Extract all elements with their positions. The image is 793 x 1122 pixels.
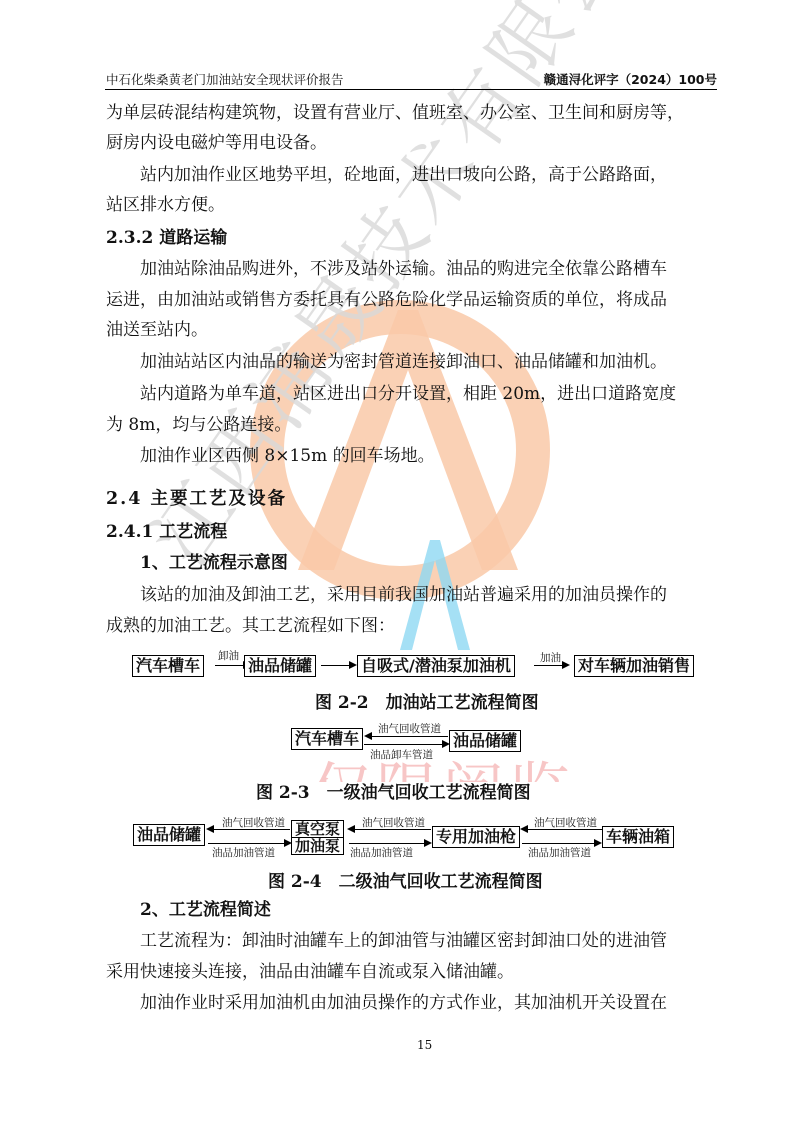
- arrow-label-unload: 卸油: [218, 648, 239, 663]
- section-heading-2-3-2: 2.3.2 道路运输: [106, 228, 227, 248]
- flow-arrow-line: [215, 665, 245, 666]
- document-page: 江西浦晟技术有限公司 仅限阅览 中石化柴桑黄老门加油站安全现状评价报告 赣通浔化…: [0, 0, 793, 1122]
- paragraph-line: 该站的加油及卸油工艺，采用目前我国加油站普遍采用的加油员操作的: [140, 585, 667, 605]
- fuel-line: [349, 843, 425, 844]
- paragraph-line: 加油站站区内油品的输送为密封管道连接卸油口、油品储罐和加油机。: [140, 352, 667, 372]
- header-document-number: 赣通浔化评字（2024）100号: [544, 70, 717, 88]
- figure-caption: 图 2-2 加油站工艺流程简图: [315, 688, 539, 713]
- pipe-label-vapor-recovery: 油气回收管道: [378, 721, 441, 736]
- paragraph-line: 为 8m，均与公路连接。: [106, 415, 291, 435]
- flow-box-vehicle-tank: 车辆油箱: [602, 826, 674, 848]
- pipe-label-vapor-recovery: 油气回收管道: [222, 815, 285, 830]
- arrow-left-icon: [364, 732, 372, 740]
- pipe-label-fuel: 油品加油管道: [350, 845, 413, 860]
- flow-box-storage-tank: 油品储罐: [133, 824, 205, 846]
- unload-line: [364, 744, 442, 745]
- flow-box-tanker: 汽车槽车: [291, 728, 363, 750]
- paragraph-line: 站内加油作业区地势平坦，砼地面，进出口坡向公路，高于公路路面，: [140, 165, 667, 185]
- paragraph-line: 加油作业时采用加油机由加油员操作的方式作业，其加油机开关设置在: [140, 993, 667, 1013]
- flow-arrow-line: [321, 665, 349, 666]
- subheading-flow-description: 2、工艺流程简述: [140, 900, 271, 920]
- paragraph-line: 成熟的加油工艺。其工艺流程如下图：: [106, 616, 395, 636]
- paragraph-line: 站内道路为单车道，站区进出口分开设置，相距 20m，进出口道路宽度: [140, 384, 676, 404]
- pipe-label-fuel: 油品加油管道: [212, 845, 275, 860]
- paragraph-line: 站区排水方便。: [106, 195, 225, 215]
- flow-box-dispenser: 自吸式/潜油泵加油机: [357, 655, 515, 677]
- paragraph-line: 采用快速接头连接，油品由油罐车自流或泵入储油罐。: [106, 962, 514, 982]
- vapor-line: [370, 736, 448, 737]
- flow-box-nozzle: 专用加油枪: [432, 826, 520, 848]
- flow-box-vacuum-pump: 真空泵: [291, 820, 344, 838]
- flow-box-storage-tank: 油品储罐: [244, 655, 316, 677]
- section-heading-2-4: 2.4 主要工艺及设备: [106, 489, 287, 509]
- paragraph-line: 加油作业区西侧 8×15m 的回车场地。: [140, 446, 435, 466]
- figure-caption: 图 2-3 一级油气回收工艺流程简图: [256, 778, 531, 803]
- flow-box-fuel-pump: 加油泵: [291, 837, 344, 855]
- paragraph-line: 工艺流程为：卸油时油罐车上的卸油管与油罐区密封卸油口处的进油管: [140, 931, 667, 951]
- pipe-label-fuel: 油品加油管道: [528, 845, 591, 860]
- section-heading-2-4-1: 2.4.1 工艺流程: [106, 522, 227, 542]
- page-header: 中石化柴桑黄老门加油站安全现状评价报告 赣通浔化评字（2024）100号: [105, 69, 717, 90]
- pipe-label-unload: 油品卸车管道: [370, 747, 433, 762]
- arrow-right-icon: [594, 839, 602, 847]
- arrow-right-icon: [424, 839, 432, 847]
- pipe-label-vapor-recovery: 油气回收管道: [362, 815, 425, 830]
- watermark-logo-a-icon: [268, 300, 528, 570]
- subheading-flow-diagram: 1、工艺流程示意图: [140, 553, 288, 573]
- arrow-right-icon: [349, 661, 357, 669]
- fuel-line: [522, 843, 594, 844]
- figure-caption: 图 2-4 二级油气回收工艺流程简图: [268, 867, 543, 892]
- paragraph-line: 厨房内设电磁炉等用电设备。: [106, 133, 327, 153]
- paragraph-line: 为单层砖混结构建筑物，设置有营业厅、值班室、办公室、卫生间和厨房等，: [106, 103, 684, 123]
- arrow-label-refuel: 加油: [540, 650, 561, 665]
- flow-arrow-line: [534, 665, 562, 666]
- paragraph-line: 运进，由加油站或销售方委托具有公路危险化学品运输资质的单位，将成品: [106, 290, 667, 310]
- flow-box-tanker: 汽车槽车: [132, 655, 204, 677]
- flow-box-storage-tank: 油品储罐: [449, 730, 521, 752]
- header-report-title: 中石化柴桑黄老门加油站安全现状评价报告: [106, 70, 344, 88]
- page-number: 15: [417, 1038, 432, 1052]
- arrow-right-icon: [562, 661, 570, 669]
- paragraph-line: 加油站除油品购进外，不涉及站外运输。油品的购进完全依靠公路槽车: [140, 259, 667, 279]
- pipe-label-vapor-recovery: 油气回收管道: [534, 815, 597, 830]
- flow-box-vehicle-sales: 对车辆加油销售: [574, 655, 694, 677]
- paragraph-line: 油送至站内。: [106, 320, 208, 340]
- fuel-line: [208, 843, 284, 844]
